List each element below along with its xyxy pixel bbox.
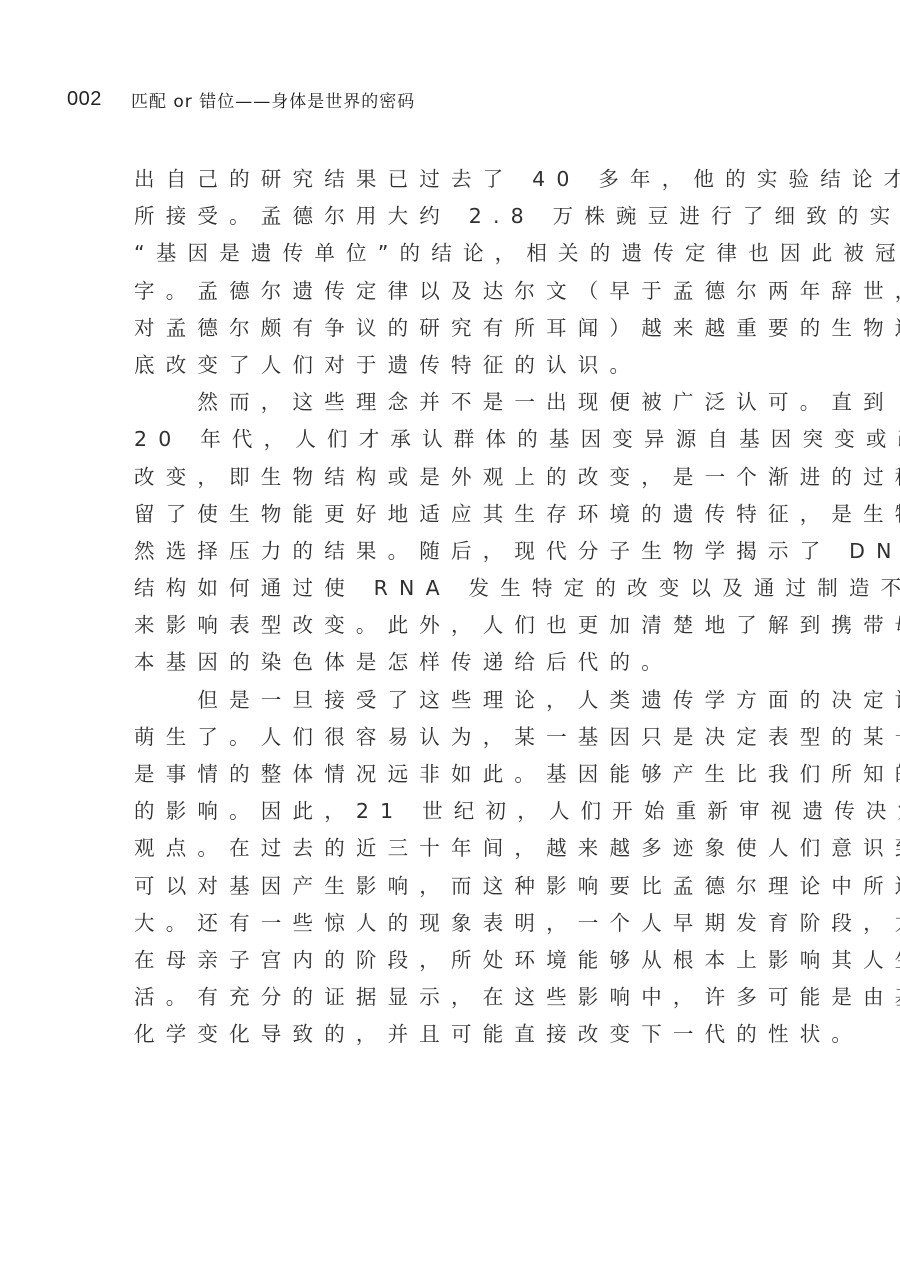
page-number: 002 — [67, 88, 131, 111]
text-line: 底改变了人们对于遗传特征的认识。 — [134, 347, 774, 384]
page-header: 002 匹配 or 错位——身体是世界的密码 — [67, 84, 415, 114]
text-line: 字。孟德尔遗传定律以及达尔文（早于孟德尔两年辞世，他有可能 — [134, 273, 774, 310]
text-line: 可以对基因产生影响，而这种影响要比孟德尔理论中所述的影响更 — [134, 868, 774, 905]
paragraph: 出自己的研究结果已过去了 40 多年，他的实验结论才真正被世人 所接受。孟德尔用… — [134, 161, 774, 384]
body-text: 出自己的研究结果已过去了 40 多年，他的实验结论才真正被世人 所接受。孟德尔用… — [134, 161, 774, 1054]
paragraph: 但是一旦接受了这些理论，人类遗传学方面的决定论思想就 萌生了。人们很容易认为，某… — [134, 682, 774, 1054]
running-title: 匹配 or 错位——身体是世界的密码 — [131, 87, 415, 112]
text-line: 对孟德尔颇有争议的研究有所耳闻）越来越重要的生物进化理论彻 — [134, 310, 774, 347]
text-line: 出自己的研究结果已过去了 40 多年，他的实验结论才真正被世人 — [134, 161, 774, 198]
text-line: 化学变化导致的，并且可能直接改变下一代的性状。 — [134, 1016, 774, 1053]
text-line: 留了使生物能更好地适应其生存环境的遗传特征，是生物应对自 — [134, 496, 774, 533]
text-line: 大。还有一些惊人的现象表明，一个人早期发育阶段，尤其是胎儿 — [134, 905, 774, 942]
text-line: 结构如何通过使 RNA 发生特定的改变以及通过制造不同的蛋白质 — [134, 570, 774, 607]
paragraph: 然而，这些理念并不是一出现便被广泛认可。直到 20 世纪 20 年代，人们才承认… — [134, 384, 774, 682]
text-line: 观点。在过去的近三十年间，越来越多迹象使人们意识到，环境也 — [134, 830, 774, 867]
text-line: 在母亲子宫内的阶段，所处环境能够从根本上影响其人生后期的生 — [134, 942, 774, 979]
text-line: 但是一旦接受了这些理论，人类遗传学方面的决定论思想就 — [134, 682, 774, 719]
text-line: 本基因的染色体是怎样传递给后代的。 — [134, 644, 774, 681]
text-line: 所接受。孟德尔用大约 2.8 万株豌豆进行了细致的实验，并得出了 — [134, 198, 774, 235]
text-line: 的影响。因此，21 世纪初，人们开始重新审视遗传决定论的传统 — [134, 793, 774, 830]
text-line: 是事情的整体情况远非如此。基因能够产生比我们所知的更为微妙 — [134, 756, 774, 793]
text-line: 然选择压力的结果。随后，现代分子生物学揭示了 DNA 碱基序列 — [134, 533, 774, 570]
text-line: 来影响表型改变。此外，人们也更加清楚地了解到携带母本和父 — [134, 607, 774, 644]
text-line: 然而，这些理念并不是一出现便被广泛认可。直到 20 世纪 — [134, 384, 774, 421]
text-line: 活。有充分的证据显示，在这些影响中，许多可能是由基因内部的 — [134, 979, 774, 1016]
text-line: 改变，即生物结构或是外观上的改变，是一个渐进的过程，它保 — [134, 459, 774, 496]
text-line: “基因是遗传单位”的结论，相关的遗传定律也因此被冠以他的名 — [134, 235, 774, 272]
text-line: 20 年代，人们才承认群体的基因变异源自基因突变或改变。表型 — [134, 421, 774, 458]
text-line: 萌生了。人们很容易认为，某一基因只是决定表型的某一方面，但 — [134, 719, 774, 756]
